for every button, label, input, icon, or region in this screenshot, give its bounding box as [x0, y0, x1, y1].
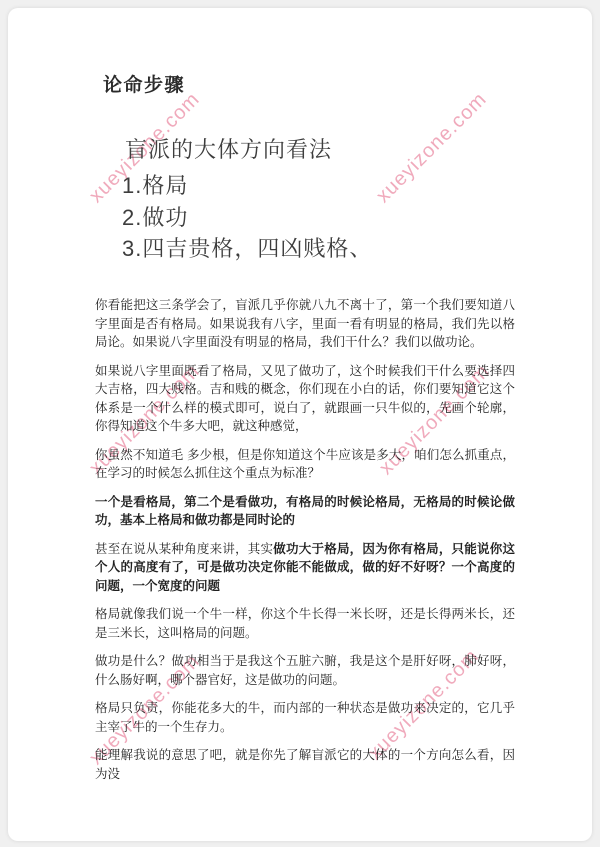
paragraph-text: 甚至在说从某种角度来讲，其实	[95, 542, 273, 556]
paragraph-text: 如果说八字里面既看了格局，又见了做功了，这个时候我们干什么要选择四大吉格，四大贱…	[95, 364, 515, 434]
paragraph: 如果说八字里面既看了格局，又见了做功了，这个时候我们干什么要选择四大吉格，四大贱…	[95, 362, 515, 436]
slide-item-2: 2.做功	[122, 201, 188, 232]
paragraph-text: 你看能把这三条学会了，盲派几乎你就八九不离十了，第一个我们要知道八字里面是否有格…	[95, 298, 515, 349]
paragraph: 你看能把这三条学会了，盲派几乎你就八九不离十了，第一个我们要知道八字里面是否有格…	[95, 296, 515, 352]
document-page: xueyizone.comxueyizone.comxueyizone.comx…	[8, 8, 592, 841]
paragraph: 一个是看格局，第二个是看做功，有格局的时候论格局，无格局的时候论做功，基本上格局…	[95, 493, 515, 530]
page-background: xueyizone.comxueyizone.comxueyizone.comx…	[0, 0, 600, 847]
paragraph-text: 你虽然不知道毛 多少根，但是你知道这个牛应该是多大，咱们怎么抓重点，在学习的时候…	[95, 448, 515, 481]
paragraph: 甚至在说从某种角度来讲，其实做功大于格局，因为你有格局，只能说你这个人的高度有了…	[95, 540, 515, 596]
paragraph: 格局只负责，你能花多大的牛，而内部的一种状态是做功来决定的，它几乎主宰了牛的一个…	[95, 699, 515, 736]
document-title: 论命步骤	[103, 70, 185, 97]
paragraph: 格局就像我们说一个牛一样，你这个牛长得一米长呀，还是长得两米长，还是三米长，这叫…	[95, 605, 515, 642]
slide-item-3: 3.四吉贵格，四凶贱格、	[122, 232, 372, 263]
paragraph: 做功是什么？做功相当于是我这个五脏六腑，我是这个是肝好呀，肺好呀，什么肠好啊，哪…	[95, 652, 515, 689]
paragraph-text-bold: 一个是看格局，第二个是看做功，有格局的时候论格局，无格局的时候论做功，基本上格局…	[95, 495, 515, 528]
paragraphs-container: 你看能把这三条学会了，盲派几乎你就八九不离十了，第一个我们要知道八字里面是否有格…	[95, 296, 515, 793]
paragraph-text: 能理解我说的意思了吧，就是你先了解盲派它的大体的一个方向怎么看，因为没	[95, 748, 515, 781]
slide-heading: 盲派的大体方向看法	[125, 133, 332, 164]
paragraph-text: 做功是什么？做功相当于是我这个五脏六腑，我是这个是肝好呀，肺好呀，什么肠好啊，哪…	[95, 654, 515, 687]
paragraph: 你虽然不知道毛 多少根，但是你知道这个牛应该是多大，咱们怎么抓重点，在学习的时候…	[95, 446, 515, 483]
paragraph-text: 格局就像我们说一个牛一样，你这个牛长得一米长呀，还是长得两米长，还是三米长，这叫…	[95, 607, 515, 640]
paragraph-text: 格局只负责，你能花多大的牛，而内部的一种状态是做功来决定的，它几乎主宰了牛的一个…	[95, 701, 515, 734]
paragraph: 能理解我说的意思了吧，就是你先了解盲派它的大体的一个方向怎么看，因为没	[95, 746, 515, 783]
slide-item-1: 1.格局	[122, 169, 188, 200]
watermark-text: xueyizone.com	[372, 88, 492, 208]
